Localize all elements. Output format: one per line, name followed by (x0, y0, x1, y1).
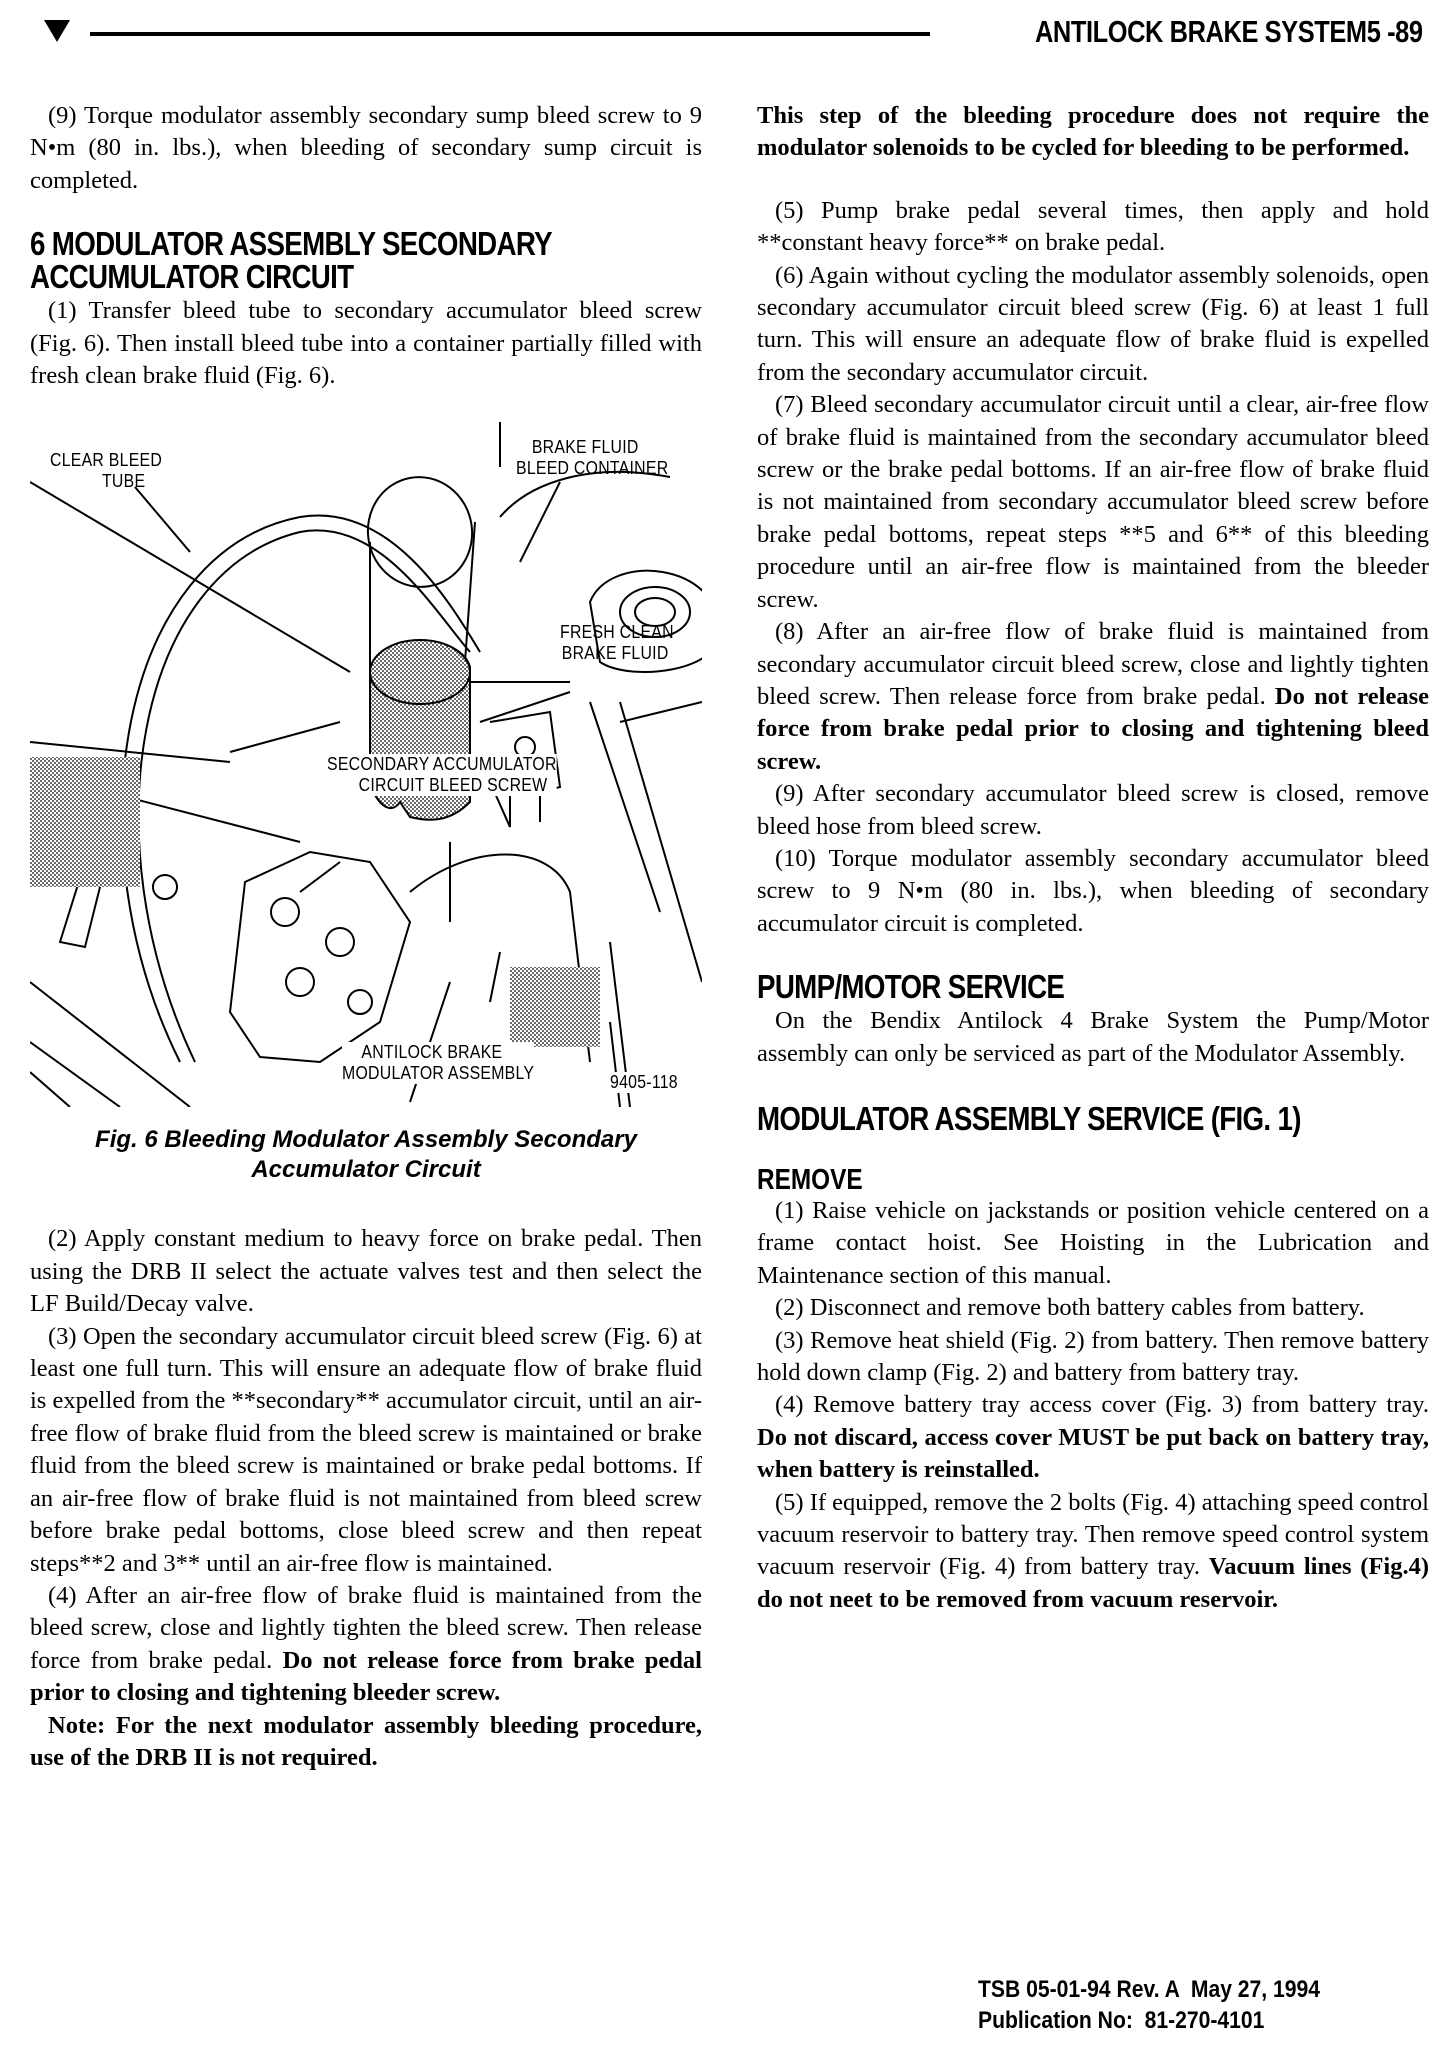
step-10: (10) Torque modulator assembly secondary… (757, 843, 1429, 940)
publication-number: Publication No: 81-270-4101 (978, 2005, 1320, 2036)
step-4: (4) After an air-free flow of brake flui… (30, 1580, 702, 1710)
heading-pump-motor-service: PUMP/MOTOR SERVICE (757, 970, 1321, 1003)
heading-remove: REMOVE (757, 1165, 1321, 1195)
heading-modulator-assembly-service: MODULATOR ASSEMBLY SERVICE (FIG. 1) (757, 1102, 1321, 1135)
header-rule (90, 32, 930, 36)
step-8: (8) After an air-free flow of brake flui… (757, 616, 1429, 778)
figure-id: 9405-118 (610, 1072, 678, 1093)
callout-fresh-brake-fluid: FRESH CLEAN BRAKE FLUID (560, 622, 674, 664)
figure-6-illustration: CLEAR BLEED TUBE BRAKE FLUID BLEED CONTA… (30, 422, 702, 1107)
remove-step-2: (2) Disconnect and remove both battery c… (757, 1292, 1429, 1324)
paragraph-sump-torque: (9) Torque modulator assembly secondary … (30, 100, 702, 197)
remove-step-3: (3) Remove heat shield (Fig. 2) from bat… (757, 1325, 1429, 1390)
step-3: (3) Open the secondary accumulator circu… (30, 1321, 702, 1580)
callout-secondary-bleed-screw: SECONDARY ACCUMULATOR CIRCUIT BLEED SCRE… (327, 754, 557, 796)
publication-footer: TSB 05-01-94 Rev. A May 27, 1994 Publica… (978, 1974, 1320, 2036)
running-header: ANTILOCK BRAKE SYSTEM 5 -89 (1035, 14, 1422, 50)
section-title: ANTILOCK BRAKE SYSTEM (1035, 14, 1367, 50)
tsb-line: TSB 05-01-94 Rev. A May 27, 1994 (978, 1974, 1320, 2005)
remove-step-5: (5) If equipped, remove the 2 bolts (Fig… (757, 1487, 1429, 1617)
callout-clear-bleed-tube: CLEAR BLEED TUBE (50, 450, 162, 492)
step-7: (7) Bleed secondary accumulator circuit … (757, 389, 1429, 616)
step-6: (6) Again without cycling the modulator … (757, 260, 1429, 390)
step-2: (2) Apply constant medium to heavy force… (30, 1223, 702, 1320)
pump-motor-text: On the Bendix Antilock 4 Brake System th… (757, 1005, 1429, 1070)
section-heading-secondary-accumulator: 6 MODULATOR ASSEMBLY SECONDARY ACCUMULAT… (30, 227, 594, 293)
step-9: (9) After secondary accumulator bleed sc… (757, 778, 1429, 843)
figure-6-caption: Fig. 6 Bleeding Modulator Assembly Secon… (30, 1125, 702, 1185)
remove-step-4: (4) Remove battery tray access cover (Fi… (757, 1389, 1429, 1486)
callout-modulator-assembly: ANTILOCK BRAKE MODULATOR ASSEMBLY (342, 1042, 534, 1084)
step-5: (5) Pump brake pedal several times, then… (757, 195, 1429, 260)
page-number: 5 -89 (1367, 14, 1423, 50)
intro-bold-note: This step of the bleeding procedure does… (757, 100, 1429, 165)
down-triangle-icon (44, 20, 70, 42)
remove-step-1: (1) Raise vehicle on jackstands or posit… (757, 1195, 1429, 1292)
step-1: (1) Transfer bleed tube to secondary acc… (30, 295, 702, 392)
callout-bleed-container: BRAKE FLUID BLEED CONTAINER (516, 437, 668, 479)
left-column: (9) Torque modulator assembly secondary … (30, 100, 702, 1774)
note-drb-not-required: Note: For the next modulator assembly bl… (30, 1710, 702, 1775)
right-column: This step of the bleeding procedure does… (757, 100, 1429, 1616)
